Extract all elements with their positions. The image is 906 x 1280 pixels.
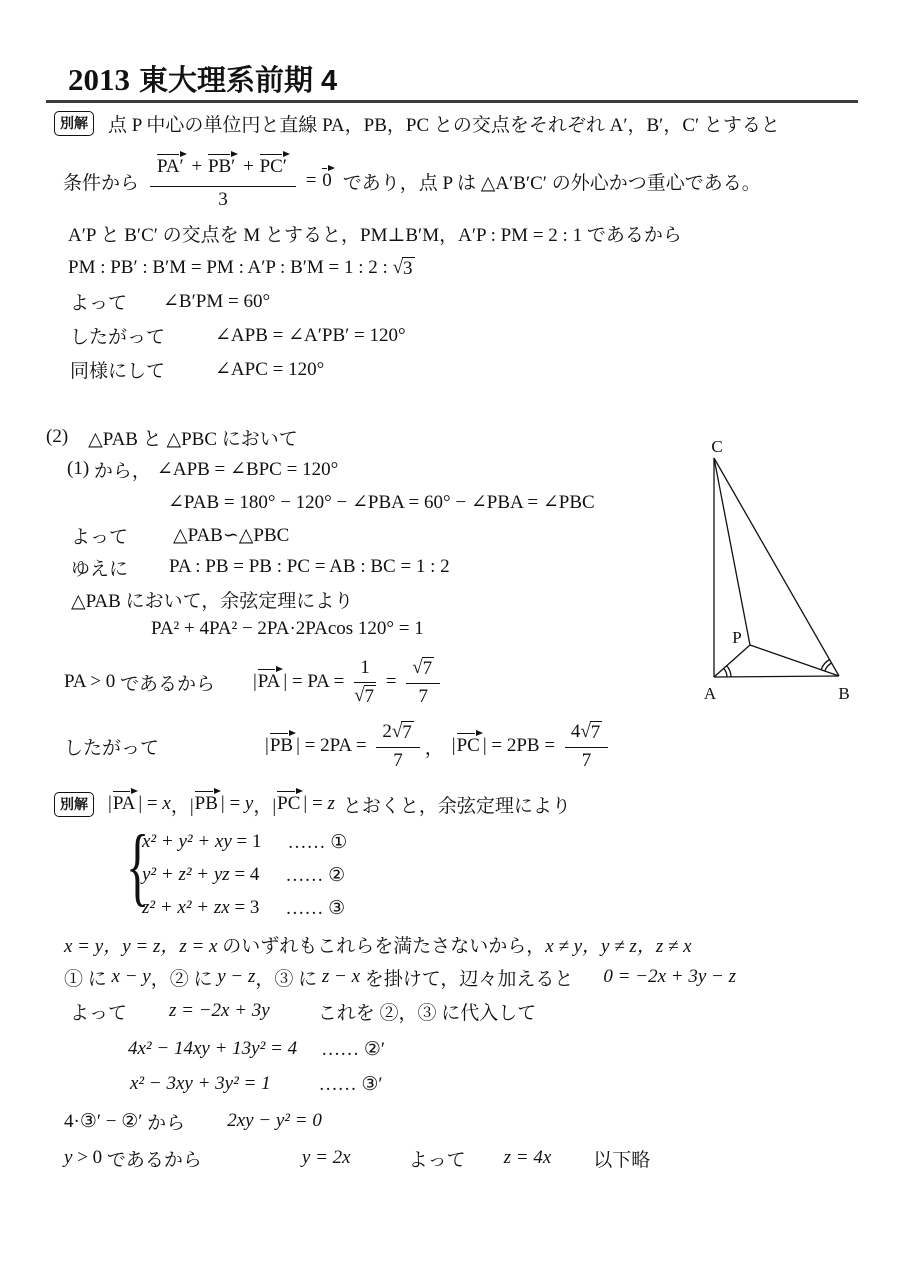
text-run: z = 4x bbox=[504, 1147, 552, 1169]
text-run: ∠PAB = 180° − 120° − ∠PBA = 60° − ∠PBA =… bbox=[168, 491, 595, 514]
text-run: = bbox=[301, 170, 321, 192]
vertex-label-c: C bbox=[711, 437, 722, 456]
text-run: よって bbox=[409, 1145, 466, 1172]
text-run: (2) bbox=[46, 426, 68, 448]
from-part1-line: (1) から，∠APB = ∠BPC = 120° bbox=[67, 456, 338, 482]
text-run: のいずれもこれらを満たさないから， bbox=[218, 931, 546, 958]
text-run: y² + z² + yz bbox=[142, 864, 230, 886]
spacer bbox=[551, 1158, 593, 1159]
text-run: | = 2PB = bbox=[483, 735, 560, 757]
spacer bbox=[444, 746, 452, 747]
vector-body: PA bbox=[258, 671, 281, 692]
vector-PA′: PA′ bbox=[156, 151, 187, 178]
text-run: 7 bbox=[582, 750, 592, 772]
text-run: から， bbox=[89, 456, 151, 483]
similarity-line: よって△PAB∽△PBC bbox=[71, 522, 289, 548]
vector-body: PC bbox=[457, 735, 480, 756]
vector-PC: PC bbox=[456, 730, 483, 757]
condition-fraction-line: 条件からPA′ + PB′ + PC′3 = 0であり，点 P は △A′B′C… bbox=[63, 148, 761, 214]
text-run: y − z bbox=[217, 966, 255, 988]
text-run: ，② に bbox=[151, 964, 218, 991]
text-run: …… ②′ bbox=[321, 1038, 385, 1061]
text-run: したがって bbox=[70, 322, 165, 349]
radicand: 7 bbox=[401, 721, 414, 744]
multiply-add-line: ① に x − y，② に y − z，③ に z − x を掛けて，辺々加える… bbox=[64, 964, 736, 990]
fraction: √77 bbox=[406, 657, 440, 708]
angle-bpm-line: よって∠B′PM = 60° bbox=[70, 288, 270, 314]
spacer bbox=[351, 1158, 409, 1159]
text-run: ∠APC = 120° bbox=[215, 358, 324, 381]
text-run: これを ②，③ に代入して bbox=[318, 998, 537, 1025]
spacer bbox=[185, 1121, 227, 1122]
text-run: であるから bbox=[115, 669, 215, 696]
square-root: √7 bbox=[354, 685, 376, 708]
text-run: △PAB において，余弦定理により bbox=[71, 586, 353, 613]
cevian-pa bbox=[714, 645, 750, 677]
text-run: …… ② bbox=[285, 864, 345, 887]
alt-solution-intro-line: 別解点 P 中心の単位円と直線 PA，PB，PC との交点をそれぞれ A′，B′… bbox=[54, 110, 780, 136]
text-run: PA > 0 bbox=[64, 671, 115, 693]
pa-value-line: PA > 0 であるから|PA| = PA = 1√7 = √77 bbox=[64, 653, 445, 711]
square-root: √7 bbox=[580, 721, 602, 744]
text-run: x − y bbox=[112, 966, 151, 988]
radicand: 3 bbox=[402, 257, 415, 280]
text-run: 4·③′ − ②′ bbox=[64, 1110, 142, 1133]
text-run: 1 bbox=[360, 657, 370, 679]
text-run: 7 bbox=[418, 686, 428, 708]
page-title: 2013東大理系前期 4 bbox=[52, 40, 337, 117]
text-run: …… ① bbox=[288, 831, 348, 854]
text-run: 4x² − 14xy + 13y² = 4 bbox=[128, 1038, 297, 1060]
substitute-line: よってz = −2x + 3yこれを ②，③ に代入して bbox=[70, 998, 536, 1024]
radicand: 7 bbox=[364, 685, 377, 708]
vector-body: PB bbox=[195, 793, 218, 814]
vector-body: PA′ bbox=[157, 156, 184, 177]
spacer bbox=[128, 535, 173, 536]
angle-pab-derivation-line: ∠PAB = 180° − 120° − ∠PBA = 60° − ∠PBA =… bbox=[168, 489, 595, 515]
edge-ab bbox=[714, 676, 839, 677]
text-run: 2 bbox=[382, 721, 392, 743]
text-run: PM : PB′ : B′M = PM : A′P : B′M = 1 : 2 … bbox=[68, 257, 393, 279]
vector-PA: PA bbox=[257, 666, 284, 693]
spacer bbox=[573, 977, 603, 978]
spacer bbox=[127, 1011, 169, 1012]
spacer bbox=[127, 301, 163, 302]
radicand: 7 bbox=[590, 721, 603, 744]
text-run: とおくと，余弦定理により bbox=[343, 791, 571, 818]
system-equation-3: z² + x² + zx = 3…… ③ bbox=[142, 893, 345, 923]
cevian-pc bbox=[714, 458, 750, 645]
vector-body: PA bbox=[113, 793, 136, 814]
angle-apc-line: 同様にして∠APC = 120° bbox=[70, 356, 324, 382]
side-ratio-line: ゆえにPA : PB = PB : PC = AB : BC = 1 : 2 bbox=[71, 554, 450, 580]
combine-equations-line: 4·③′ − ②′ から2xy − y² = 0 bbox=[64, 1108, 322, 1134]
text-run: y bbox=[64, 1147, 72, 1169]
spacer bbox=[165, 335, 215, 336]
spacer bbox=[297, 1049, 321, 1050]
text-run: ， bbox=[425, 733, 444, 760]
text-run: x² + y² + xy bbox=[142, 831, 232, 853]
text-run: PA² + 4PA² − 2PA·2PAcos 120° = 1 bbox=[151, 618, 424, 640]
angle-mark-a-arc1 bbox=[724, 668, 727, 677]
text-run: z = −2x + 3y bbox=[169, 1000, 270, 1022]
text-run: (1) bbox=[67, 458, 89, 480]
text-run: 点 P 中心の単位円と直線 PA，PB，PC との交点をそれぞれ A′，B′，C… bbox=[108, 110, 780, 137]
text-run: 7 bbox=[393, 750, 403, 772]
fraction: 1√7 bbox=[354, 657, 376, 708]
text-run: …… ③ bbox=[285, 897, 345, 920]
vector-0: 0 bbox=[321, 165, 335, 192]
vector-body: PB bbox=[270, 735, 293, 756]
spacer bbox=[128, 567, 169, 568]
text-run: | = PA = bbox=[283, 671, 349, 693]
pb-pc-value-line: したがって|PB| = 2PA = 2√77，|PC| = 2PB = 4√77 bbox=[64, 717, 613, 775]
vector-body: PB′ bbox=[208, 156, 235, 177]
text-run: | = bbox=[138, 793, 162, 815]
text-run: x² − 3xy + 3y² = 1 bbox=[130, 1073, 271, 1095]
text-run: | = bbox=[221, 793, 245, 815]
text-run: = 3 bbox=[230, 897, 260, 919]
text-run: | = bbox=[303, 793, 327, 815]
triangle-diagram: C A B P bbox=[680, 436, 870, 708]
text-run: 同様にして bbox=[70, 356, 165, 383]
square-root: √7 bbox=[412, 657, 434, 680]
vertex-label-a: A bbox=[704, 684, 717, 703]
inequality-line: x = y，y = z，z = x のいずれもこれらを満たさないから，x ≠ y… bbox=[64, 931, 692, 957]
text-run: + bbox=[187, 156, 207, 178]
system-equation-1: x² + y² + xy = 1…… ① bbox=[142, 827, 347, 857]
text-run: ∠B′PM = 60° bbox=[163, 290, 270, 313]
alt-solution2-intro-line: 別解|PA| = x，|PB| = y，|PC| = zとおくと，余弦定理により bbox=[54, 787, 571, 821]
title-year: 2013 bbox=[68, 62, 130, 97]
text-run: から bbox=[142, 1108, 185, 1135]
spacer bbox=[466, 1158, 504, 1159]
system-equation-2: y² + z² + yz = 4…… ② bbox=[142, 860, 345, 890]
point-label-p: P bbox=[732, 628, 741, 647]
text-run: ゆえに bbox=[71, 554, 128, 581]
vector-body: PC bbox=[277, 793, 300, 814]
text-run: A′P と B′C′ の交点を M とすると，PM⊥B′M，A′P : PM =… bbox=[68, 220, 682, 247]
text-run: 以下略 bbox=[593, 1145, 650, 1172]
text-run: y = 2x bbox=[302, 1147, 351, 1169]
text-run: ，| bbox=[171, 791, 194, 818]
vector-PB′: PB′ bbox=[207, 151, 238, 178]
cosine-rule-intro-line: △PAB において，余弦定理により bbox=[71, 586, 353, 612]
text-run: = 1 bbox=[232, 831, 262, 853]
intersection-m-line: A′P と B′C′ の交点を M とすると，PM⊥B′M，A′P : PM =… bbox=[68, 220, 682, 246]
text-run: | = 2PA = bbox=[296, 735, 371, 757]
angle-mark-b-arc1 bbox=[825, 663, 832, 671]
fraction: 2√77 bbox=[376, 721, 419, 772]
text-run: 条件から bbox=[63, 168, 139, 195]
text-run: x bbox=[162, 793, 170, 815]
text-run: x ≠ y，y ≠ z，z ≠ x bbox=[545, 931, 691, 958]
spacer bbox=[259, 908, 285, 909]
fraction: PA′ + PB′ + PC′3 bbox=[150, 151, 296, 212]
text-run: x = y，y = z，z = x bbox=[64, 931, 218, 958]
square-root: √3 bbox=[393, 257, 415, 280]
ratio-line: PM : PB′ : B′M = PM : A′P : B′M = 1 : 2 … bbox=[68, 254, 415, 282]
spacer bbox=[335, 181, 343, 182]
text-run: よって bbox=[70, 998, 127, 1025]
text-run: z − x bbox=[322, 966, 360, 988]
vector-PB: PB bbox=[194, 788, 221, 815]
title-name: 東大理系前期 4 bbox=[139, 65, 337, 97]
spacer bbox=[262, 842, 288, 843]
vector-PC: PC bbox=[276, 788, 303, 815]
text-run: PA : PB = PB : PC = AB : BC = 1 : 2 bbox=[169, 556, 450, 578]
final-result-line: y > 0 であるからy = 2xよってz = 4x以下略 bbox=[64, 1145, 650, 1171]
spacer bbox=[68, 437, 88, 438]
fraction: 4√77 bbox=[565, 721, 608, 772]
text-run: を掛けて，辺々加えると bbox=[360, 964, 573, 991]
part2-heading-line: (2)△PAB と △PBC において bbox=[46, 424, 298, 450]
text-run: △PAB∽△PBC bbox=[173, 524, 289, 547]
text-run: ，③ に bbox=[255, 964, 322, 991]
equation-2prime-line: 4x² − 14xy + 13y² = 4…… ②′ bbox=[128, 1036, 385, 1062]
solution-label-box: 別解 bbox=[54, 792, 94, 817]
spacer bbox=[139, 181, 145, 182]
angle-apb-line: したがって∠APB = ∠A′PB′ = 120° bbox=[70, 322, 406, 348]
text-run: よって bbox=[70, 288, 127, 315]
equation-3prime-line: x² − 3xy + 3y² = 1…… ③′ bbox=[130, 1071, 383, 1097]
spacer bbox=[271, 1084, 319, 1085]
spacer bbox=[159, 746, 265, 747]
text-run: したがって bbox=[64, 733, 159, 760]
text-run: 4 bbox=[571, 721, 581, 743]
text-run: △PAB と △PBC において bbox=[88, 424, 298, 451]
text-run: > 0 bbox=[72, 1147, 102, 1169]
vector-body: 0 bbox=[322, 170, 332, 191]
text-run: 3 bbox=[218, 189, 228, 211]
vector-PA: PA bbox=[112, 788, 139, 815]
text-run: 2xy − y² = 0 bbox=[227, 1110, 322, 1132]
text-run: ∠APB = ∠A′PB′ = 120° bbox=[215, 324, 406, 347]
text-run: y bbox=[245, 793, 253, 815]
vector-PB: PB bbox=[269, 730, 296, 757]
text-run: であり，点 P は △A′B′C′ の外心かつ重心である。 bbox=[343, 168, 761, 195]
square-root: √7 bbox=[392, 721, 414, 744]
text-run: であるから bbox=[102, 1145, 202, 1172]
spacer bbox=[215, 682, 253, 683]
spacer bbox=[335, 804, 343, 805]
text-run: = 4 bbox=[230, 864, 260, 886]
text-run: ∠APB = ∠BPC = 120° bbox=[157, 458, 338, 481]
spacer bbox=[270, 1011, 318, 1012]
spacer bbox=[259, 875, 285, 876]
spacer bbox=[94, 123, 108, 124]
text-run: z bbox=[327, 793, 334, 815]
vertex-label-b: B bbox=[838, 684, 849, 703]
spacer bbox=[94, 804, 108, 805]
vector-PC′: PC′ bbox=[259, 151, 290, 178]
solution-label-box: 別解 bbox=[54, 111, 94, 136]
text-run: ，| bbox=[253, 791, 276, 818]
document-page: 2013東大理系前期 4 別解点 P 中心の単位円と直線 PA，PB，PC との… bbox=[0, 0, 906, 1280]
text-run: 0 = −2x + 3y − z bbox=[603, 966, 736, 988]
text-run: …… ③′ bbox=[319, 1073, 383, 1096]
text-run: ① に bbox=[64, 964, 112, 991]
spacer bbox=[202, 1158, 302, 1159]
text-run: + bbox=[238, 156, 258, 178]
spacer bbox=[165, 369, 215, 370]
vector-body: PC′ bbox=[260, 156, 287, 177]
text-run: よって bbox=[71, 522, 128, 549]
text-run: = bbox=[381, 671, 401, 693]
cevian-pb bbox=[750, 645, 839, 676]
radicand: 7 bbox=[422, 657, 435, 680]
cosine-equation-line: PA² + 4PA² − 2PA·2PAcos 120° = 1 bbox=[151, 615, 424, 643]
divider-rule bbox=[46, 100, 858, 103]
text-run: z² + x² + zx bbox=[142, 897, 230, 919]
